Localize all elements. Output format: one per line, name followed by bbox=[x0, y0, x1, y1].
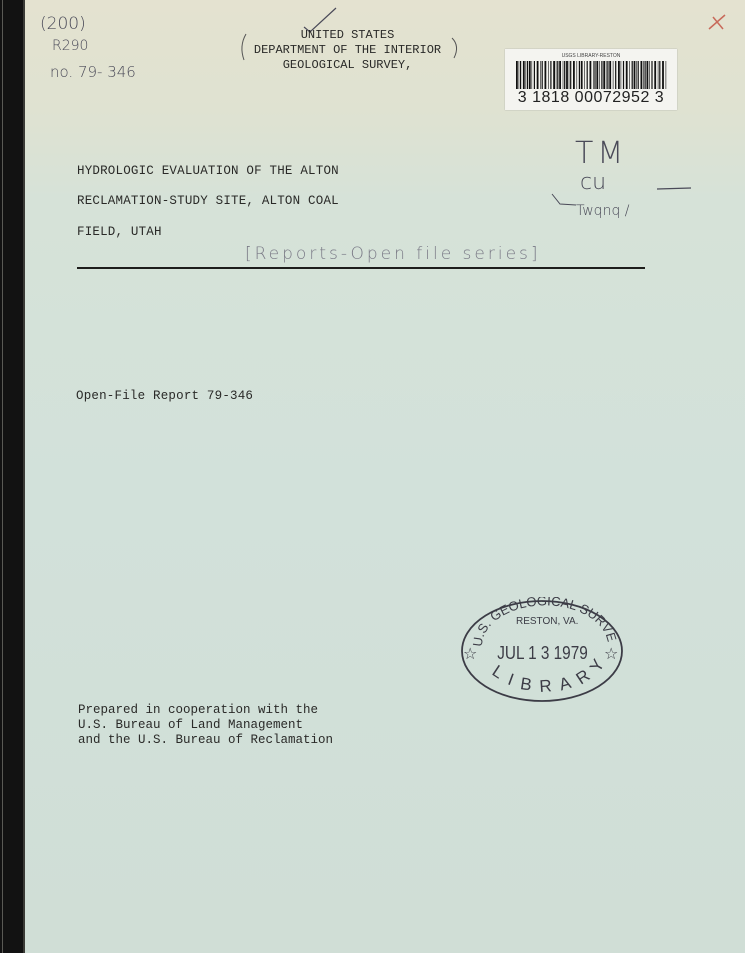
library-receipt-stamp: U.S. GEOLOGICAL SURVEY RESTON, VA. LIBRA… bbox=[460, 597, 625, 705]
barcode-caption: USGS LIBRARY-RESTON bbox=[505, 53, 677, 59]
svg-text:RESTON, VA.: RESTON, VA. bbox=[516, 616, 578, 627]
library-barcode-label: USGS LIBRARY-RESTON 3 1818 00072952 3 bbox=[505, 49, 677, 110]
handwritten-note-tm: TM bbox=[575, 136, 627, 171]
cooperation-line-3: and the U.S. Bureau of Reclamation bbox=[78, 733, 333, 748]
handwritten-call-number-1: (200) bbox=[40, 14, 86, 34]
barcode-icon bbox=[516, 61, 668, 89]
title-line-1: HYDROLOGIC EVALUATION OF THE ALTON bbox=[77, 164, 339, 178]
spine-edge-inner bbox=[23, 0, 25, 953]
stamp-date: JUL 1 3 1979 bbox=[472, 643, 612, 664]
report-number: Open-File Report 79-346 bbox=[76, 389, 253, 403]
bracket-marks bbox=[238, 32, 463, 62]
title-line-2: RECLAMATION-STUDY SITE, ALTON COAL bbox=[77, 194, 339, 208]
cooperation-line-1: Prepared in cooperation with the bbox=[78, 703, 333, 718]
binding-spine bbox=[0, 0, 25, 953]
handwritten-series-note: [Reports-Open file series] bbox=[245, 244, 541, 264]
handwritten-dash bbox=[655, 183, 695, 193]
title-underline bbox=[77, 267, 645, 269]
barcode-number: 3 1818 00072952 3 bbox=[505, 89, 677, 107]
red-x-mark-icon bbox=[706, 12, 728, 32]
handwritten-call-number-2: R290 bbox=[52, 38, 88, 54]
title-line-3: FIELD, UTAH bbox=[77, 225, 162, 239]
handwritten-call-number-3: no. 79- 346 bbox=[50, 63, 136, 81]
spine-edge bbox=[2, 0, 3, 953]
handwritten-note-2: cu bbox=[580, 170, 606, 195]
handwritten-check bbox=[550, 190, 580, 210]
cooperation-line-2: U.S. Bureau of Land Management bbox=[78, 718, 333, 733]
cooperation-statement: Prepared in cooperation with the U.S. Bu… bbox=[78, 703, 333, 748]
handwritten-note-3: Twqnq / bbox=[576, 203, 630, 219]
